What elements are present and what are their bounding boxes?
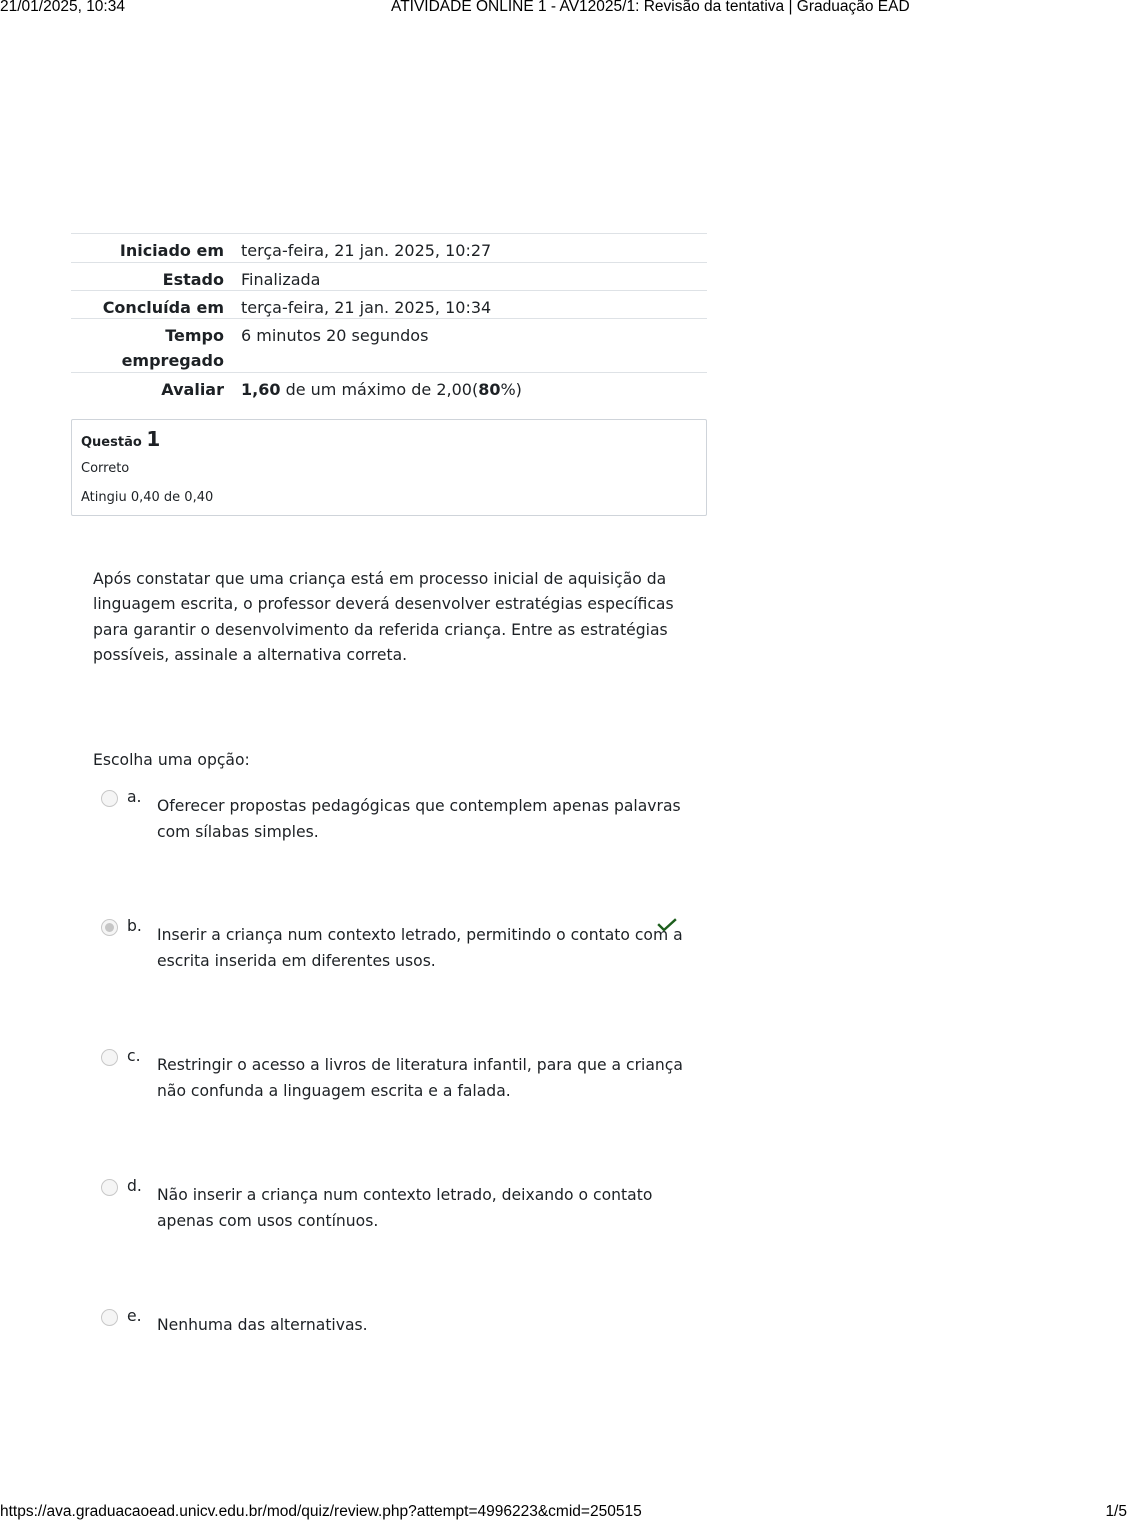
option-text: Oferecer propostas pedagógicas que conte… — [157, 794, 692, 845]
state-label: Estado — [71, 263, 241, 290]
option-text: Nenhuma das alternativas. — [157, 1313, 692, 1339]
option-letter: d. — [127, 1177, 142, 1195]
summary-row-state: Estado Finalizada — [71, 262, 707, 290]
answer-option-c[interactable]: c. Restringir o acesso a livros de liter… — [101, 1047, 701, 1107]
option-letter: c. — [127, 1047, 141, 1065]
radio-option-d[interactable] — [101, 1179, 118, 1196]
option-text: Restringir o acesso a livros de literatu… — [157, 1053, 692, 1104]
option-text: Não inserir a criança num contexto letra… — [157, 1183, 692, 1234]
option-letter: b. — [127, 917, 142, 935]
time-taken-label: Tempo empregado — [71, 319, 241, 372]
answer-option-a[interactable]: a. Oferecer propostas pedagógicas que co… — [101, 788, 701, 848]
radio-option-c[interactable] — [101, 1049, 118, 1066]
time-taken-value: 6 minutos 20 segundos — [241, 319, 707, 372]
time-taken-label-line1: Tempo — [165, 326, 224, 345]
grade-percent-suffix: %) — [500, 380, 521, 399]
completed-value: terça-feira, 21 jan. 2025, 10:34 — [241, 291, 707, 318]
answer-option-d[interactable]: d. Não inserir a criança num contexto le… — [101, 1177, 701, 1237]
print-url: https://ava.graduacaoead.unicv.edu.br/mo… — [0, 1503, 642, 1521]
answer-prompt: Escolha uma opção: — [93, 748, 250, 773]
option-letter: a. — [127, 788, 142, 806]
question-info-box: Questão 1 Correto Atingiu 0,40 de 0,40 — [71, 419, 707, 516]
time-taken-label-line2: empregado — [122, 351, 224, 370]
radio-option-a[interactable] — [101, 790, 118, 807]
print-page-number: 1/5 — [1105, 1503, 1127, 1521]
option-letter: e. — [127, 1307, 142, 1325]
question-number-value: 1 — [146, 427, 160, 451]
state-value: Finalizada — [241, 263, 707, 290]
attempt-summary-table: Iniciado em terça-feira, 21 jan. 2025, 1… — [71, 233, 707, 402]
print-page-title: ATIVIDADE ONLINE 1 - AV12025/1: Revisão … — [391, 0, 910, 16]
summary-row-completed: Concluída em terça-feira, 21 jan. 2025, … — [71, 290, 707, 318]
grade-value: 1,60 de um máximo de 2,00(80%) — [241, 373, 707, 402]
completed-label: Concluída em — [71, 291, 241, 318]
grade-percent: 80 — [478, 380, 500, 399]
summary-row-time-taken: Tempo empregado 6 minutos 20 segundos — [71, 318, 707, 372]
correct-check-icon — [657, 917, 677, 933]
answer-option-e[interactable]: e. Nenhuma das alternativas. — [101, 1307, 701, 1367]
summary-row-started: Iniciado em terça-feira, 21 jan. 2025, 1… — [71, 233, 707, 262]
question-state: Correto — [81, 460, 697, 478]
grade-score: 1,60 — [241, 380, 280, 399]
grade-label: Avaliar — [71, 373, 241, 402]
grade-max-text: de um máximo de 2,00( — [280, 380, 478, 399]
print-header: 21/01/2025, 10:34 ATIVIDADE ONLINE 1 - A… — [0, 0, 1129, 18]
started-label: Iniciado em — [71, 234, 241, 262]
question-number: Questão 1 — [81, 429, 697, 453]
question-label: Questão — [81, 435, 146, 450]
summary-row-grade: Avaliar 1,60 de um máximo de 2,00(80%) — [71, 372, 707, 402]
print-footer: https://ava.graduacaoead.unicv.edu.br/mo… — [0, 1503, 1129, 1523]
answer-option-b[interactable]: b. Inserir a criança num contexto letrad… — [101, 917, 701, 977]
radio-option-e[interactable] — [101, 1309, 118, 1326]
question-text: Após constatar que uma criança está em p… — [93, 567, 693, 668]
option-text: Inserir a criança num contexto letrado, … — [157, 923, 692, 974]
radio-option-b[interactable] — [101, 919, 118, 936]
question-mark: Atingiu 0,40 de 0,40 — [81, 489, 697, 507]
print-datetime: 21/01/2025, 10:34 — [0, 0, 125, 16]
started-value: terça-feira, 21 jan. 2025, 10:27 — [241, 234, 707, 262]
